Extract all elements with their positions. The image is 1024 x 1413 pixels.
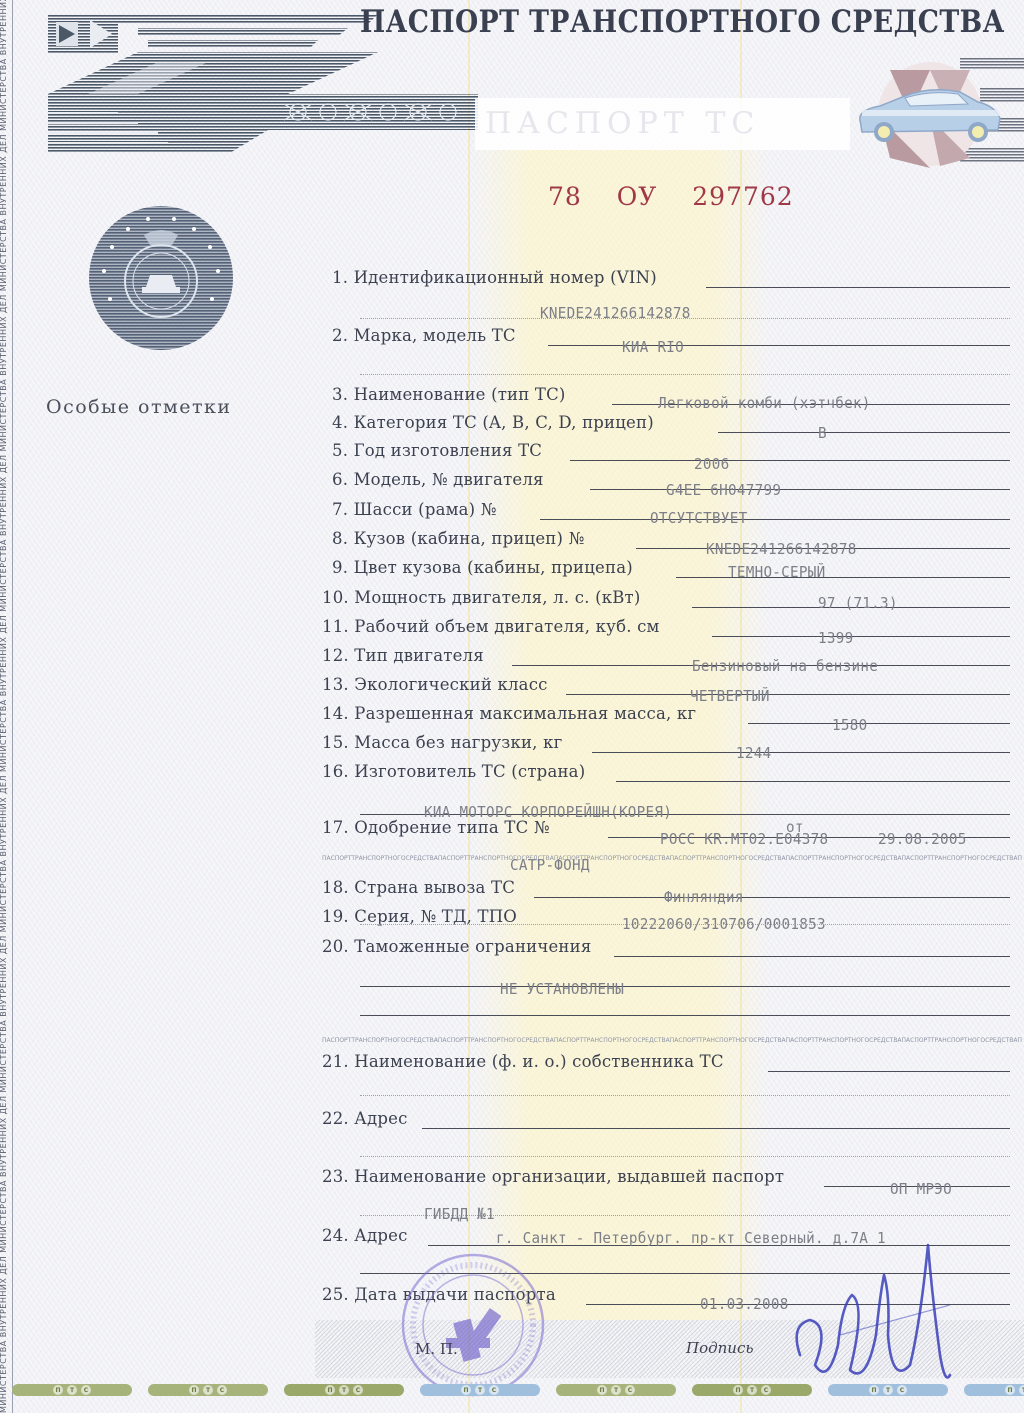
field-value: 1580 (832, 716, 867, 734)
field-label: 14. Разрешенная максимальная масса, кг (322, 704, 696, 723)
field-underline (534, 897, 1010, 898)
field-label: 23. Наименование организации, выдавшей п… (322, 1167, 784, 1186)
field-label: 22. Адрес (322, 1109, 408, 1128)
special-marks-heading: Особые отметки (46, 396, 232, 418)
field-value: 1244 (736, 744, 771, 762)
dotted-guide-line (360, 374, 1010, 375)
microtext-divider: ПАСПОРТТРАНСПОРТНОГОСРЕДСТВАПАСПОРТТРАНС… (322, 1037, 1022, 1045)
field-underline (616, 781, 1010, 782)
field-underline (590, 489, 1010, 490)
faded-header-strip: ПАСПОРТ ТС (475, 98, 850, 150)
dotted-guide-line (360, 318, 1010, 319)
field-underline (706, 287, 1010, 288)
field-value: Финляндия (664, 888, 744, 906)
field-underline (548, 345, 1010, 346)
serial-region: 78 (548, 182, 582, 211)
handwritten-signature (780, 1235, 970, 1405)
field-label: 6. Модель, № двигателя (332, 470, 544, 489)
bottom-security-band: ПТСПТСПТСПТСПТСПТСПТСПТС (12, 1383, 1024, 1397)
field-label: 15. Масса без нагрузки, кг (322, 733, 562, 752)
approval-date-value: 29.08.2005 (878, 830, 967, 848)
field-underline (718, 432, 1010, 433)
field-label: 1. Идентификационный номер (VIN) (332, 268, 657, 287)
customs-restrictions-value: НЕ УСТАНОВЛЕНЫ (500, 980, 624, 998)
field-value: 2006 (694, 455, 729, 473)
manufacturer-value: КИА МОТОРС КОРПОРЕЙШН(КОРЕЯ) (424, 803, 672, 821)
band-cell: ПТС (692, 1384, 812, 1396)
security-line (740, 0, 742, 1413)
field-underline (570, 460, 1010, 461)
band-cell: ПТС (556, 1384, 676, 1396)
car-emblem-icon (850, 58, 1024, 173)
field-underline (712, 636, 1010, 637)
field-label: 16. Изготовитель ТС (страна) (322, 762, 585, 781)
band-cell: ПТС (148, 1384, 268, 1396)
border-microtext: МИНИСТЕРСТВА ВНУТРЕННИХ ДЕЛ МИНИСТЕРСТВА… (0, 0, 9, 1413)
signature-label: Подпись (686, 1339, 754, 1357)
field-label: 3. Наименование (тип ТС) (332, 385, 566, 404)
field-label: 12. Тип двигателя (322, 646, 484, 665)
dotted-guide-line (360, 1095, 1010, 1096)
field-underline (676, 577, 1010, 578)
band-cell: ПТС (964, 1384, 1024, 1396)
state-emblem-seal (88, 205, 234, 351)
field-value: 97 (71.3) (818, 594, 898, 612)
field-label: 8. Кузов (кабина, прицеп) № (332, 529, 584, 548)
field-label: 10. Мощность двигателя, л. с. (кВт) (322, 588, 641, 607)
band-cell: ПТС (284, 1384, 404, 1396)
field-underline (592, 752, 1010, 753)
field-underline (566, 694, 1010, 695)
field-label: 18. Страна вывоза ТС (322, 878, 515, 897)
dotted-guide-line (360, 924, 1010, 925)
field-value: ЧЕТВЕРТЫЙ (690, 687, 770, 705)
band-cell: ПТС (420, 1384, 540, 1396)
field-underline (768, 1071, 1010, 1072)
field-value: B (818, 424, 827, 442)
field-label: 13. Экологический класс (322, 675, 548, 694)
stamp-place-label: М. П. (415, 1340, 458, 1358)
field-value: KNEDE241266142878 (540, 304, 691, 322)
band-cell: ПТС (828, 1384, 948, 1396)
passport-serial-number: 78 ОУ 297762 (548, 182, 794, 211)
microtext-divider: ПАСПОРТТРАНСПОРТНОГОСРЕДСТВАПАСПОРТТРАНС… (322, 855, 1022, 863)
field-label: 24. Адрес (322, 1226, 408, 1245)
border-microtext-strip: МИНИСТЕРСТВА ВНУТРЕННИХ ДЕЛ МИНИСТЕРСТВА… (0, 0, 13, 1413)
continuation-underline (360, 1015, 1010, 1016)
continuation-underline (360, 986, 1010, 987)
field-value: Бензиновый на бензине (692, 657, 878, 675)
band-cell: ПТС (12, 1384, 132, 1396)
field-label: 7. Шасси (рама) № (332, 500, 497, 519)
field-label: 2. Марка, модель ТС (332, 326, 516, 345)
field-label: 5. Год изготовления ТС (332, 441, 542, 460)
field-value: G4EE 6H047799 (666, 481, 781, 499)
field-label: 9. Цвет кузова (кабины, прицепа) (332, 558, 633, 577)
field-value: ОТСУТСТВУЕТ (650, 509, 747, 527)
field-underline (748, 723, 1010, 724)
field-label: 21. Наименование (ф. и. о.) собственника… (322, 1052, 724, 1071)
approval-from-label: от (786, 818, 804, 836)
field-underline (614, 956, 1010, 957)
official-stamp (398, 1250, 548, 1400)
serial-series: ОУ (617, 182, 658, 211)
field-underline (422, 1128, 1010, 1129)
field-label: 4. Категория ТС (A, B, C, D, прицеп) (332, 413, 654, 432)
field-value: ОП МРЭО (890, 1180, 952, 1198)
field-label: 11. Рабочий объем двигателя, куб. см (322, 617, 660, 636)
field-label: 20. Таможенные ограничения (322, 937, 591, 956)
field-value: Легковой комби (хэтчбек) (658, 394, 871, 412)
issuer-continuation-value: ГИБДД №1 (424, 1205, 495, 1223)
document-title: ПАСПОРТ ТРАНСПОРТНОГО СРЕДСТВА (360, 4, 1005, 40)
field-value: ТЕМНО-СЕРЫЙ (728, 563, 825, 581)
serial-number: 297762 (692, 182, 793, 211)
field-value: 01.03.2008 (700, 1295, 789, 1313)
dotted-guide-line (360, 1156, 1010, 1157)
field-underline (540, 519, 1010, 520)
field-value: КИА RIO (622, 338, 684, 356)
field-value: 1399 (818, 629, 853, 647)
field-value: KNEDE241266142878 (706, 540, 857, 558)
